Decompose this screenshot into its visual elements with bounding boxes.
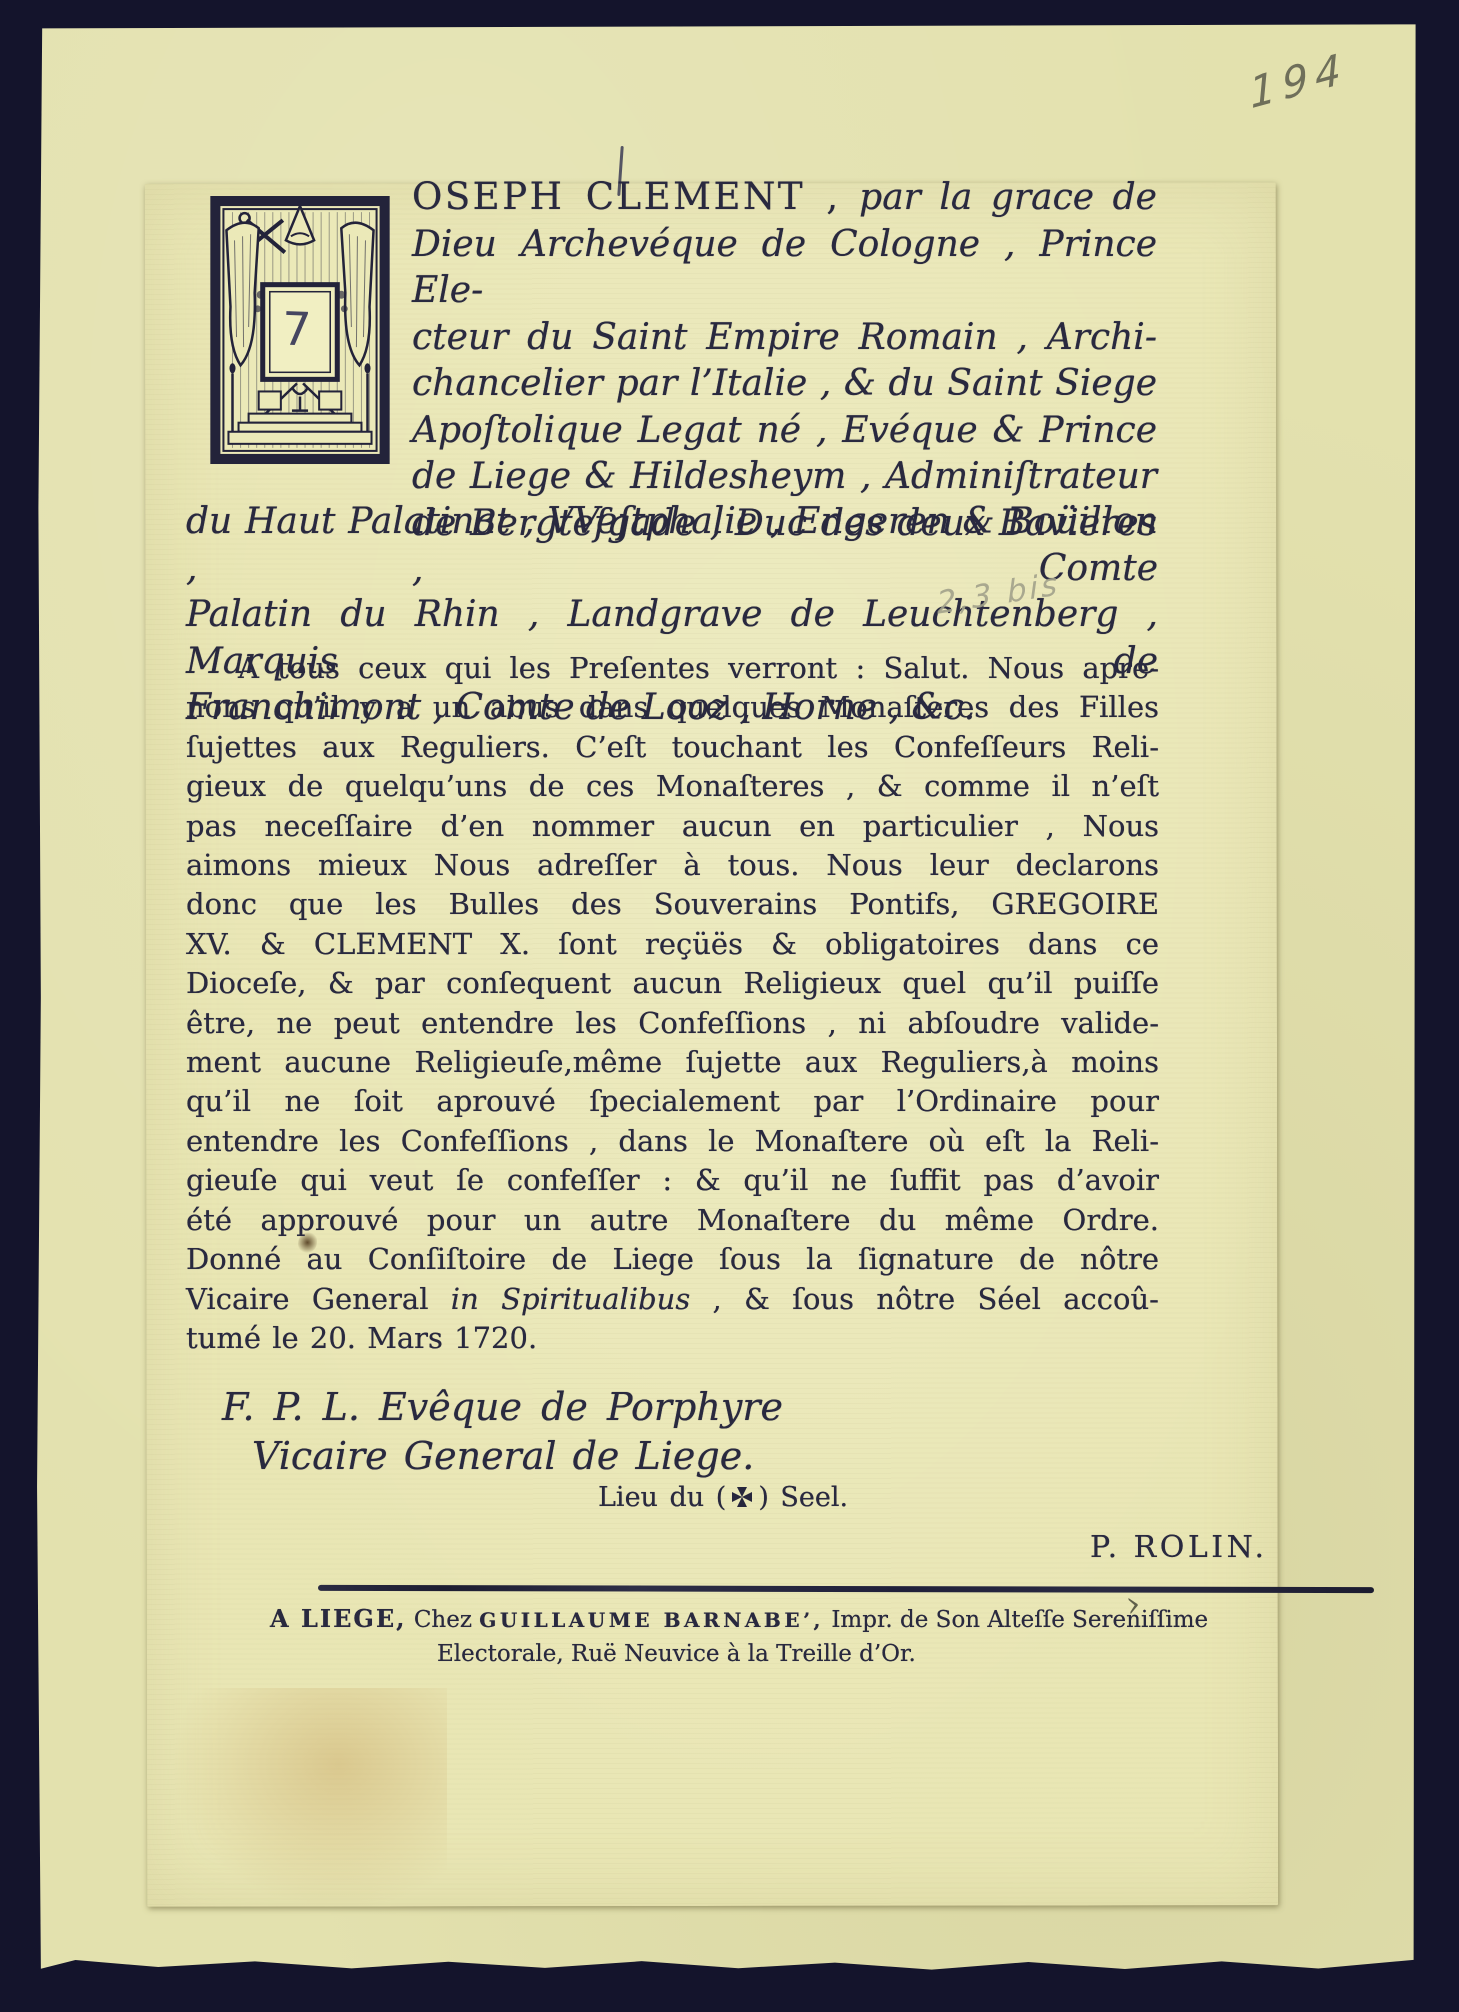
body-line: donc que les Bulles des Souverains Ponti… <box>186 885 1159 924</box>
imprint-chez: Chez <box>414 1607 472 1633</box>
heading-line: Apoſtolique Legat né , Evéque & Prince <box>412 408 1157 455</box>
imprint-line-1: A LIEGE, Chez GUILLAUME BARNABE’, Impr. … <box>270 1604 1208 1633</box>
body-line: tumé le 20. Mars 1720. <box>186 1319 1159 1358</box>
body-line: entendre les Confeſſions , dans le Monaſ… <box>186 1122 1159 1161</box>
seal-text-prefix: Lieu du ( <box>598 1482 726 1513</box>
signature-line-2: Vicaire General de Liege. <box>252 1434 754 1478</box>
body-line-segment: , & ſous nôtre Séel accoû- <box>690 1282 1159 1316</box>
body-line: XV. & CLEMENT X. ſont reçüës & obligatoi… <box>186 925 1159 964</box>
heading-line: Dieu Archevéque de Cologne , Prince Ele- <box>412 222 1157 315</box>
body-line: Dioceſe, & par conſequent aucun Religieu… <box>186 964 1159 1003</box>
heading-line: de Liege & Hildesheym , Adminiſtrateur <box>412 454 1157 501</box>
seal-text-suffix: ) Seel. <box>758 1482 848 1513</box>
body-line: Vicaire General in Spiritualibus , & ſou… <box>186 1280 1159 1319</box>
signature-line-1: F. P. L. Evêque de Porphyre <box>222 1385 783 1429</box>
imprint-line-2: Electorale, Ruë Neuvice à la Treille d’O… <box>437 1641 916 1667</box>
heading-line: OSEPH CLEMENT , par la grace de <box>412 174 1157 222</box>
maltese-cross-icon <box>730 1485 754 1509</box>
heading-line-rest: par la grace de <box>859 177 1157 218</box>
body-text: A tous ceux qui les Preſentes verront : … <box>186 649 1159 1358</box>
body-line: ſujettes aux Reguliers. C’eſt touchant l… <box>186 728 1159 767</box>
imprint-printer-name: GUILLAUME BARNABE’, <box>479 1608 824 1632</box>
body-line: Donné au Conſiſtoire de Liege ſous la ſi… <box>186 1240 1159 1279</box>
body-line-latin-phrase: in Spiritualibus <box>451 1282 690 1316</box>
body-line: A tous ceux qui les Preſentes verront : … <box>186 649 1159 688</box>
heading-initial-caps: OSEPH CLEMENT , <box>412 175 841 218</box>
scanned-document: 194 2,3 bis <box>0 0 1459 2012</box>
body-line: aimons mieux Nous adreſſer à tous. Nous … <box>186 846 1159 885</box>
countersignature: P. ROLIN. <box>1090 1530 1268 1565</box>
imprint-city: A LIEGE, <box>270 1604 407 1633</box>
body-line: gieux de quelqu’uns de ces Monaſteres , … <box>186 767 1159 806</box>
body-line: ment aucune Religieuſe,même ſujette aux … <box>186 1043 1159 1082</box>
body-line: nons qu’il y a un abus dans quelques Mon… <box>186 688 1159 727</box>
woodcut-initial-block: 7 <box>210 196 390 464</box>
body-line: été approuvé pour un autre Monaſtere du … <box>186 1201 1159 1240</box>
imprint-title: Impr. de Son Alteſſe Sereniſſime <box>831 1607 1208 1633</box>
paper-stain <box>175 1688 447 1906</box>
body-line-segment: Vicaire General <box>186 1282 451 1316</box>
body-line: gieuſe qui veut ſe confeſſer : & qu’il n… <box>186 1161 1159 1200</box>
seal-line: Lieu du () Seel. <box>598 1482 848 1513</box>
woodcut-handwritten-number: 7 <box>281 302 312 357</box>
body-line: qu’il ne ſoit aprouvé ſpecialement par l… <box>186 1082 1159 1121</box>
body-line: être, ne peut entendre les Confeſſions ,… <box>186 1004 1159 1043</box>
heading-line: cteur du Saint Empire Romain , Archi- <box>412 315 1157 362</box>
heading-line: chancelier par l’Italie , & du Saint Sie… <box>412 361 1157 408</box>
body-line: pas neceſſaire d’en nommer aucun en part… <box>186 807 1159 846</box>
